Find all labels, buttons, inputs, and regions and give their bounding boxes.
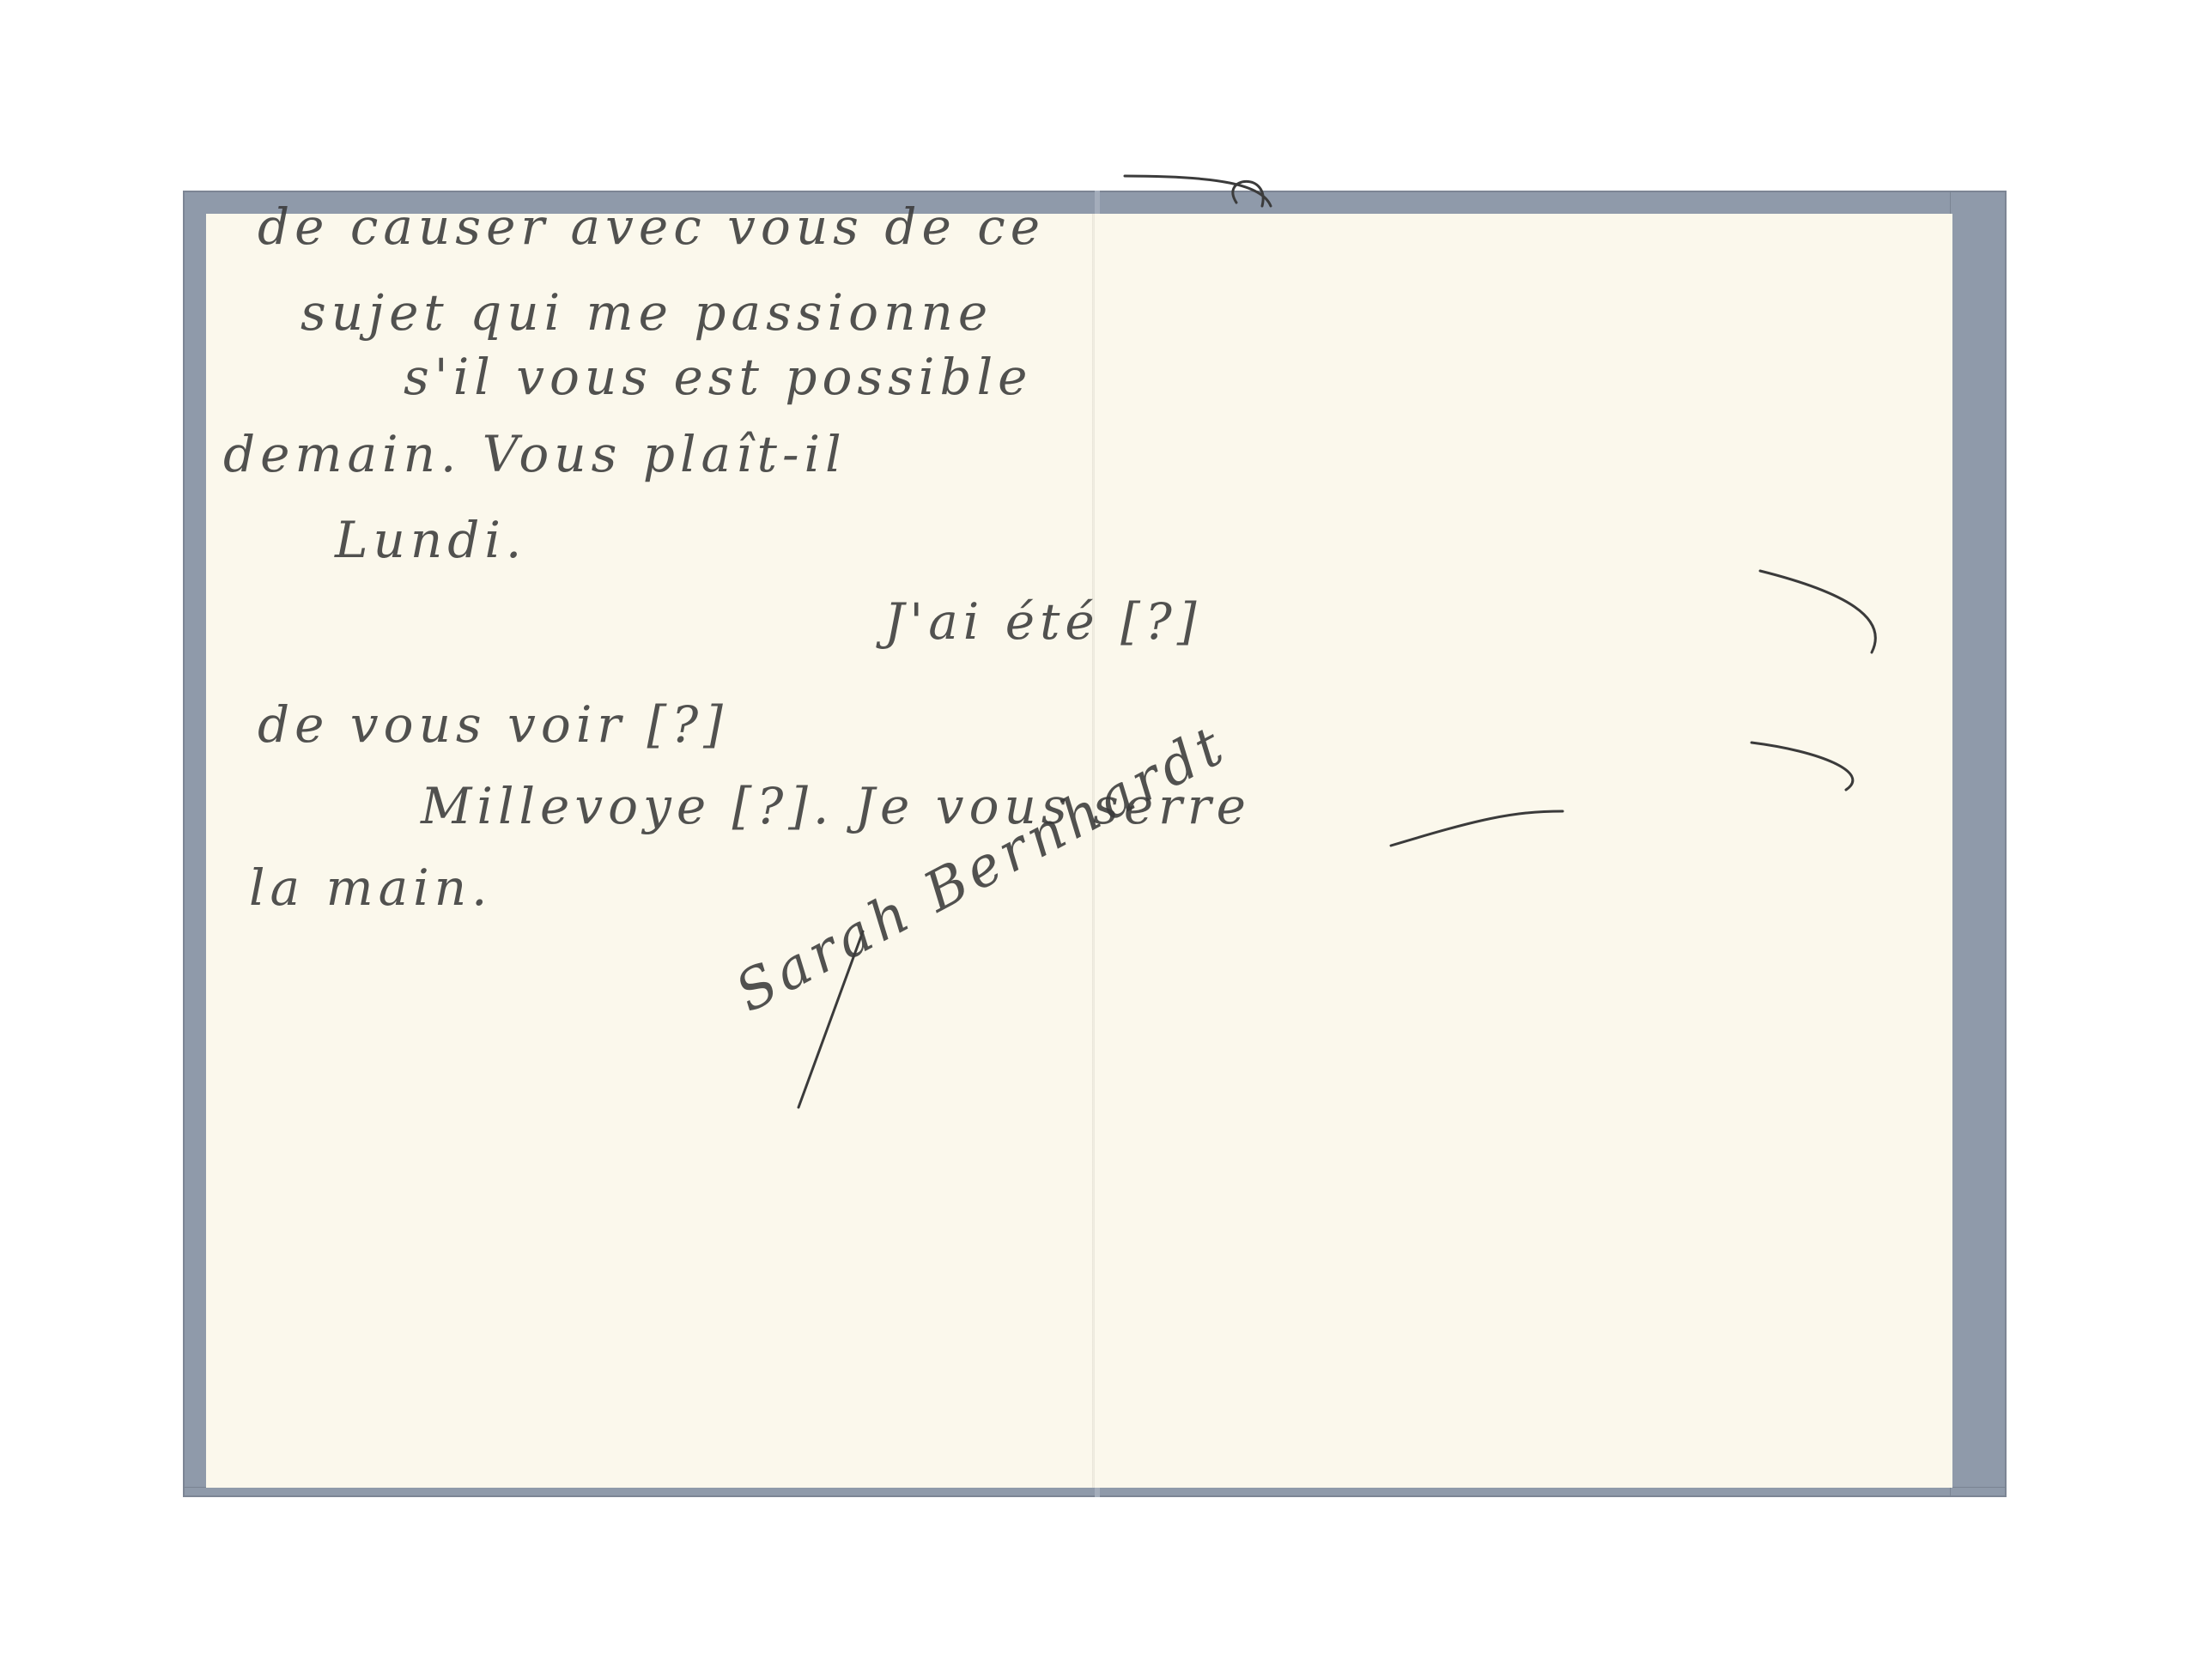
letter-line-3: s'il vous est possible — [404, 348, 1032, 406]
letter-line-2: sujet qui me passionne — [301, 283, 993, 342]
letter-line-5: Lundi. — [335, 511, 526, 569]
fold-mark-bottom — [1095, 1488, 1100, 1497]
letter-line-6: J'ai été [?] — [884, 592, 1202, 651]
letter-line-4: demain. Vous plaît-il — [223, 425, 847, 483]
letter-line-1: de causer avec vous de ce — [258, 197, 1045, 256]
fold-mark-top — [1095, 191, 1100, 214]
letter-line-9: la main. — [249, 858, 492, 917]
center-fold — [1092, 214, 1095, 1488]
letter-line-7: de vous voir [?] — [258, 695, 728, 754]
